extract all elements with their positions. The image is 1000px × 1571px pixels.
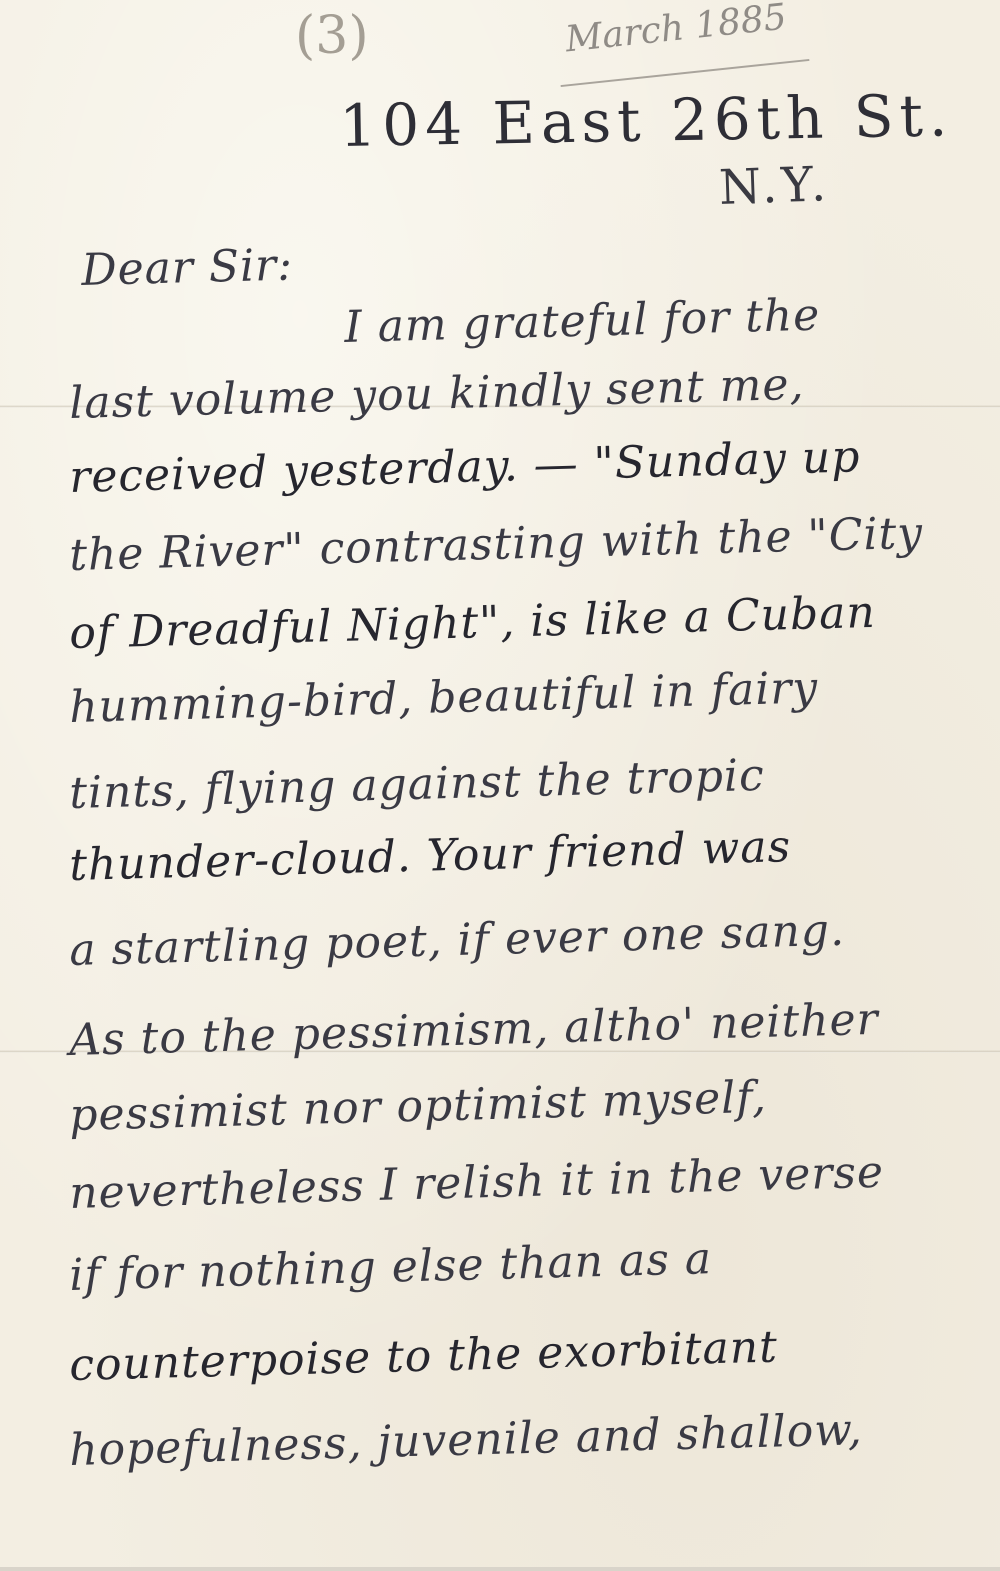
- address-line-1: 104 East 26th St.: [339, 81, 954, 160]
- page-number-annotation: (3): [295, 6, 369, 66]
- paper-edge: [0, 1567, 1000, 1571]
- address-line-2: N.Y.: [718, 156, 831, 216]
- salutation: Dear Sir:: [81, 239, 294, 296]
